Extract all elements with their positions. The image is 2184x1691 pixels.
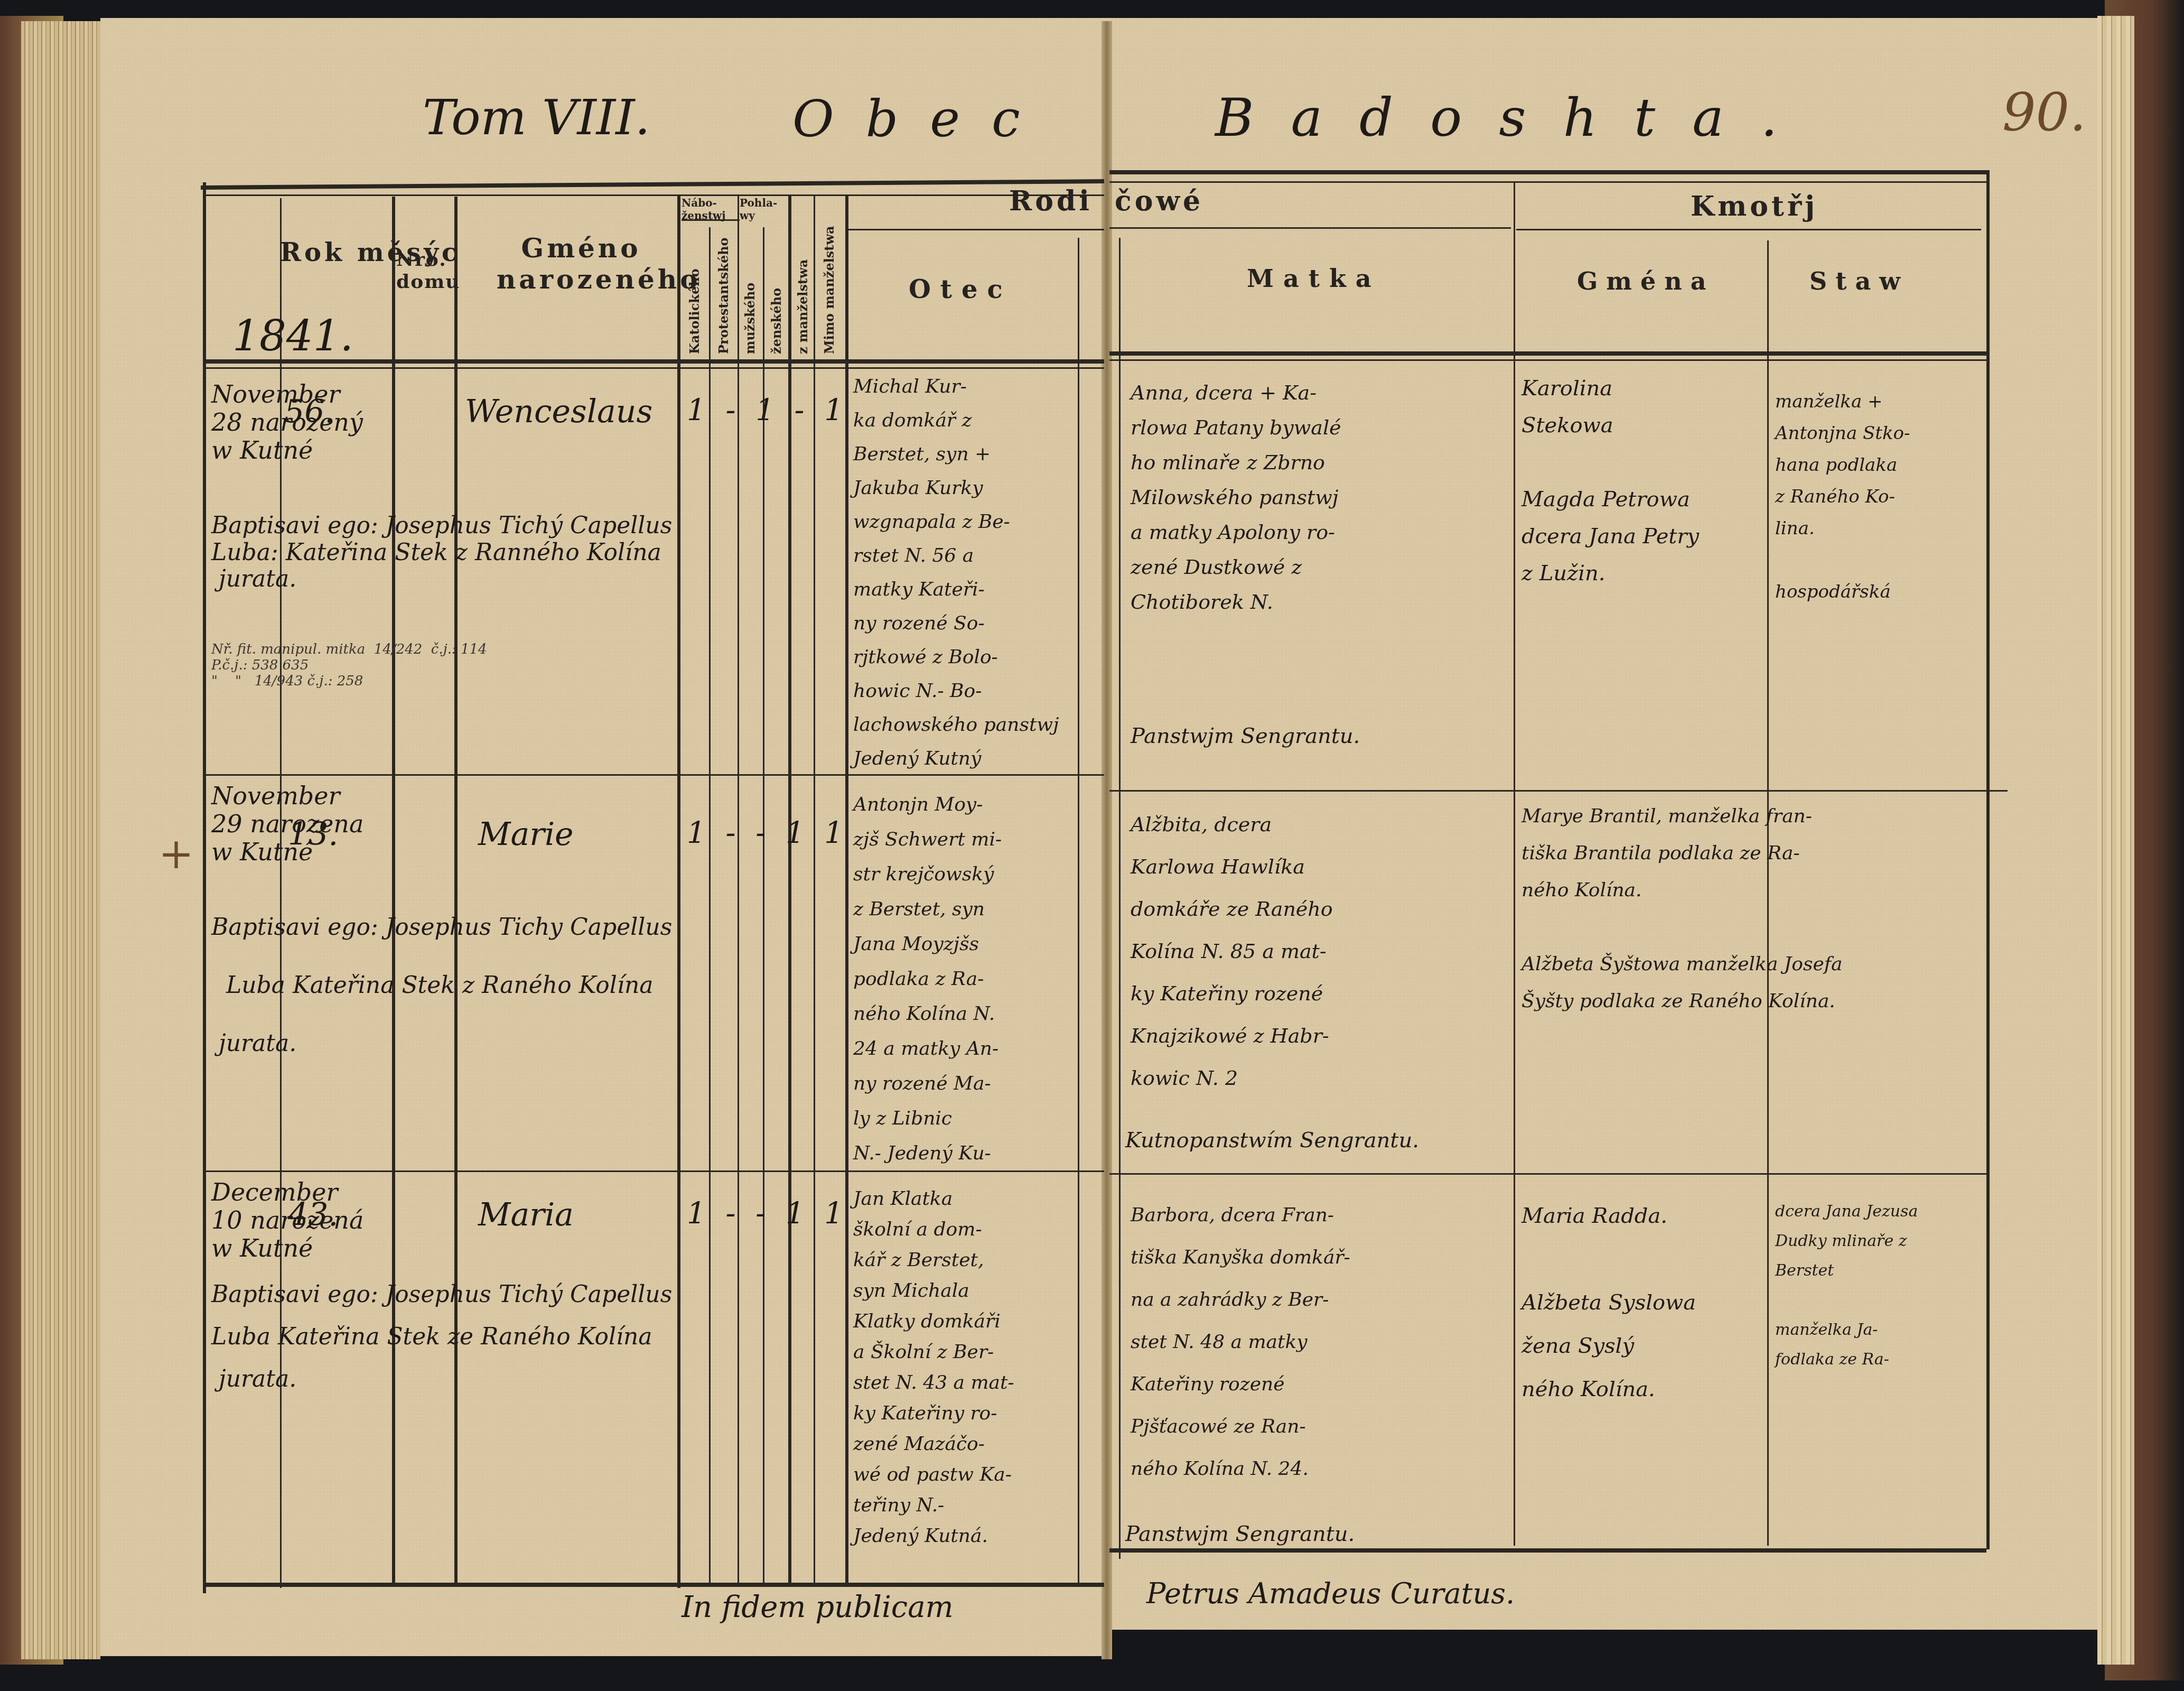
entry-2-kmotri: Marye Brantil, manželka fran- tiška Bran…	[1522, 798, 1843, 1020]
subheader-rule	[845, 229, 1104, 230]
header-nro-domu: Nro. domu	[396, 248, 449, 293]
entry-3-house: 43.	[288, 1197, 338, 1233]
header-nabozenstwi: Nábo-ženstwj	[682, 197, 734, 222]
entry-1-kmotri-staw: manželka + Antonjna Stko- hana podlaka z…	[1775, 386, 1910, 608]
table-top-rule-right	[1109, 170, 1986, 174]
header-bottom-rule-2	[206, 367, 1104, 369]
entry-3-baptism: Baptisavi ego: Josephus Tichý Capellus L…	[211, 1274, 672, 1400]
table-bottom-rule	[206, 1583, 1104, 1587]
col-rule	[1514, 182, 1515, 1546]
entry-1-pencil-note: Nř. fit. manipul. mitka 14/242 č.j.: 114…	[211, 642, 487, 690]
header-gmena: Gména	[1577, 267, 1714, 295]
col-rule	[677, 196, 680, 1588]
header-bottom-rule-right-2	[1109, 359, 1986, 361]
col-rule	[1119, 238, 1121, 1559]
subheader-rule	[1516, 229, 1981, 230]
header-jmeno: Gméno narozeného	[497, 233, 666, 295]
header-rodicowe-right: čowé	[1115, 185, 1203, 217]
header-kmotri: Kmotřj	[1691, 190, 1818, 222]
header-mimo-manzelstwa: Mimo manželstwa	[822, 211, 837, 354]
entry-1-matka: Anna, dcera + Ka- rlowa Patany bywalé ho…	[1131, 375, 1341, 619]
page-edges-left	[21, 21, 100, 1659]
obec-label: Obec	[792, 90, 1052, 148]
entry-3-matka-note: Panstwjm Sengrantu.	[1125, 1522, 1355, 1546]
header-katolickeho: Katolického	[687, 259, 702, 354]
entry-2-otec: Antonjn Moy- zjš Schwert mi- str krejčow…	[853, 787, 1002, 1171]
margin-cross-mark: +	[158, 830, 194, 878]
header-top-rule-right	[1109, 181, 1986, 183]
entry-1-otec: Michal Kur- ka domkář z Berstet, syn + J…	[853, 370, 1059, 776]
entry-1-baptism: Baptisavi ego: Josephus Tichý Capellus L…	[211, 513, 672, 593]
header-staw: Staw	[1809, 267, 1909, 295]
header-year: 1841.	[232, 312, 353, 360]
header-top-rule	[206, 194, 1104, 196]
entry-1-kmotri-gmena: Karolina Stekowa Magda Petrowa dcera Jan…	[1522, 370, 1699, 592]
entry-2-matka-note: Kutnopanstwím Sengrantu.	[1125, 1128, 1419, 1153]
book-gutter	[1102, 21, 1112, 1659]
entry-2-house: 13.	[288, 816, 338, 853]
header-protestantskeho: Protestantského	[716, 243, 731, 354]
header-muzskeho: mužského	[742, 280, 758, 354]
entry-2-baptism: Baptisavi ego: Josephus Tichy Capellus L…	[211, 898, 672, 1073]
row-separator	[1109, 790, 2008, 792]
table-left-border	[203, 182, 206, 1593]
footer-signature: Petrus Amadeus Curatus.	[1146, 1577, 1515, 1610]
header-pohlawy: Pohla-wy	[740, 197, 787, 222]
volume-label: Tom VIII.	[423, 90, 650, 146]
header-rodicowe-left: Rodi	[1009, 185, 1093, 217]
subheader-rule	[1109, 227, 1511, 229]
entry-1-marks: 1 - 1 - 1	[687, 394, 848, 428]
header-otec: Otec	[909, 275, 1012, 304]
header-zenskeho: ženského	[769, 285, 784, 354]
entry-3-marks: 1 - - 1 1	[687, 1197, 848, 1231]
header-z-manzelstwa: z manželstwa	[795, 248, 810, 354]
entry-3-name: Maria	[478, 1197, 574, 1233]
entry-1-name: Wenceslaus	[465, 394, 652, 430]
entry-3-otec: Jan Klatka školní a dom- kář z Berstet, …	[853, 1184, 1014, 1551]
entry-2-name: Marie	[478, 816, 574, 853]
page-edges-right	[2097, 16, 2134, 1665]
entry-1-matka-note: Panstwjm Sengrantu.	[1131, 724, 1360, 748]
entry-3-matka: Barbora, dcera Fran- tiška Kanyška domká…	[1131, 1194, 1350, 1490]
entry-1-house: 56.	[284, 394, 334, 430]
footer-attestation: In fidem publicam	[682, 1591, 954, 1624]
col-rule	[709, 227, 711, 1585]
col-rule	[1078, 238, 1079, 1585]
page-number: 90.	[2002, 82, 2086, 143]
entry-2-marks: 1 - - 1 1	[687, 816, 848, 850]
village-name: Badoshta.	[1215, 87, 1815, 148]
entry-3-kmotri-staw: dcera Jana Jezusa Dudky mlinaře z Berste…	[1775, 1197, 1918, 1374]
table-right-border	[1986, 170, 1990, 1549]
entry-3-kmotri-gmena: Maria Radda. Alžbeta Syslowa žena Syslý …	[1522, 1194, 1696, 1411]
table-bottom-rule-right	[1109, 1548, 1986, 1553]
header-bottom-rule-right	[1109, 351, 1986, 356]
entry-2-matka: Alžbita, dcera Karlowa Hawlíka domkáře z…	[1131, 803, 1333, 1099]
col-rule	[763, 227, 764, 1585]
row-separator	[1109, 1173, 1986, 1175]
header-matka: Matka	[1247, 264, 1381, 293]
